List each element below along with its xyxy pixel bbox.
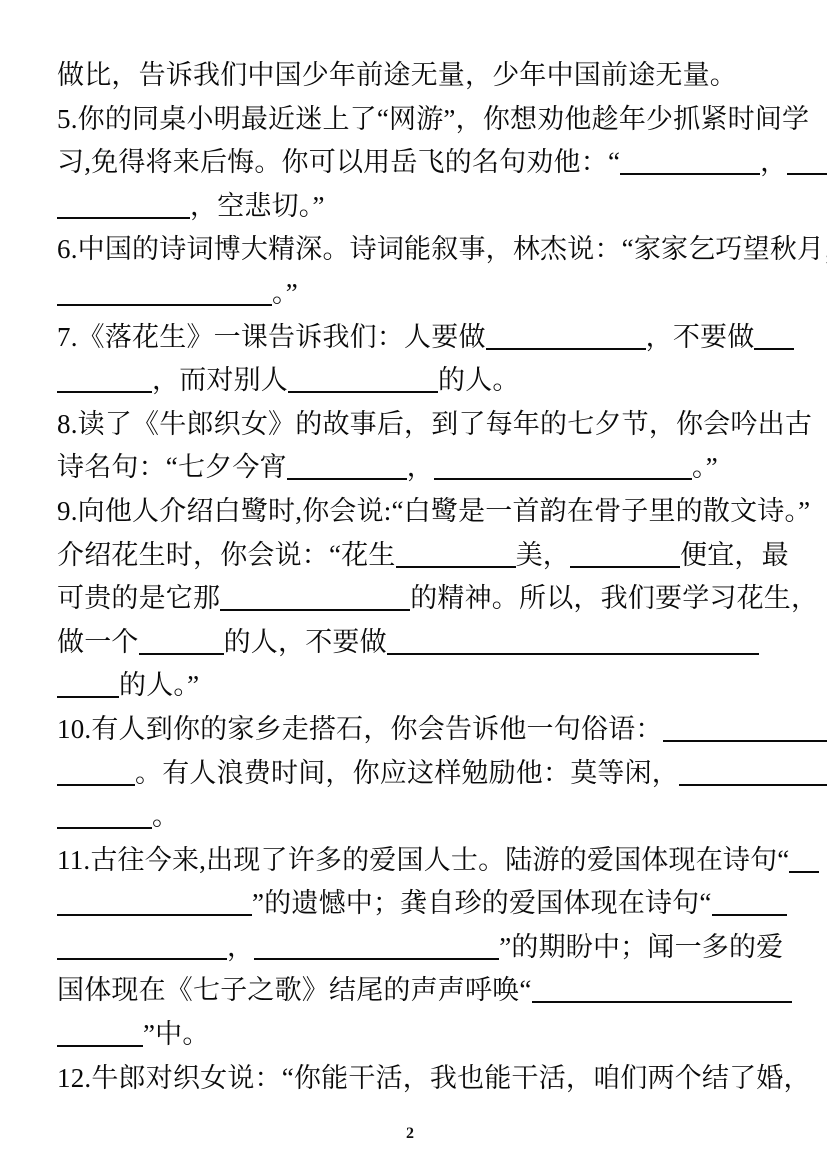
text-line: 5.你的同桌小明最近迷上了“网游”，你想劝他趁年少抓紧时间学	[57, 98, 773, 142]
fill-in-blank	[620, 171, 760, 175]
fill-in-blank	[57, 302, 272, 306]
worksheet-body: 做比，告诉我们中国少年前途无量，少年中国前途无量。5.你的同桌小明最近迷上了“网…	[57, 54, 773, 1100]
text-line: 诗名句：“七夕今宵，。”	[57, 446, 773, 490]
text-segment: 10.有人到你的家乡走搭石，你会告诉他一句俗语：	[57, 714, 663, 744]
text-segment: 介绍花生时，你会说：“花生	[57, 540, 396, 570]
text-segment: ，	[760, 147, 787, 177]
text-line: 做一个的人，不要做	[57, 621, 773, 665]
text-line: 做比，告诉我们中国少年前途无量，少年中国前途无量。	[57, 54, 773, 98]
fill-in-blank	[663, 738, 827, 742]
text-segment: 。有人浪费时间，你应这样勉励他：莫等闲，	[135, 758, 679, 788]
fill-in-blank	[679, 782, 827, 786]
text-line: 的人。”	[57, 664, 773, 708]
text-segment: ，而对别人	[152, 365, 288, 395]
text-segment: ，不要做	[646, 322, 755, 352]
text-line: 习,免得将来后悔。你可以用岳飞的名句劝他：“，	[57, 141, 773, 185]
text-line: 。	[57, 795, 773, 839]
text-segment: 便宜，最	[680, 540, 789, 570]
text-line: ”的遗憾中；龚自珍的爱国体现在诗句“	[57, 882, 773, 926]
text-segment: ”的遗憾中；龚自珍的爱国体现在诗句“	[252, 888, 712, 918]
text-segment: 7.《落花生》一课告诉我们：人要做	[57, 322, 486, 352]
text-line: ，而对别人的人。	[57, 359, 773, 403]
text-segment: 11.古往今来,出现了许多的爱国人士。陆游的爱国体现在诗句“	[57, 845, 789, 875]
text-segment: 。”	[272, 278, 298, 308]
text-segment: 做一个	[57, 627, 139, 657]
text-segment: 习,免得将来后悔。你可以用岳飞的名句劝他：“	[57, 147, 620, 177]
text-line: 12.牛郎对织女说：“你能干活，我也能干活，咱们两个结了婚，	[57, 1057, 773, 1101]
text-line: 国体现在《七子之歌》结尾的声声呼唤“	[57, 969, 773, 1013]
fill-in-blank	[287, 476, 407, 480]
text-line: 7.《落花生》一课告诉我们：人要做，不要做	[57, 316, 773, 360]
fill-in-blank	[57, 912, 252, 916]
fill-in-blank	[57, 956, 227, 960]
fill-in-blank	[387, 651, 759, 655]
text-segment: 。”	[692, 452, 718, 482]
fill-in-blank	[754, 346, 794, 350]
text-segment: 8.读了《牛郎织女》的故事后，到了每年的七夕节，你会吟出古	[57, 409, 812, 439]
text-line: ，”的期盼中；闻一多的爱	[57, 926, 773, 970]
text-segment: 的精神。所以，我们要学习花生，	[410, 583, 818, 613]
fill-in-blank	[288, 389, 438, 393]
text-line: 11.古往今来,出现了许多的爱国人士。陆游的爱国体现在诗句“	[57, 839, 773, 883]
text-line: 介绍花生时，你会说：“花生美，便宜，最	[57, 534, 773, 578]
fill-in-blank	[57, 215, 190, 219]
text-segment: 美，	[516, 540, 570, 570]
fill-in-blank	[220, 607, 410, 611]
text-segment: ，	[227, 932, 254, 962]
text-segment: ”的期盼中；闻一多的爱	[499, 932, 783, 962]
text-segment: 做比，告诉我们中国少年前途无量，少年中国前途无量。	[57, 60, 737, 90]
text-segment: 5.你的同桌小明最近迷上了“网游”，你想劝他趁年少抓紧时间学	[57, 104, 809, 134]
text-segment: 6.中国的诗词博大精深。诗词能叙事，林杰说：“家家乞巧望秋月，	[57, 234, 827, 264]
text-line: ，空悲切。”	[57, 185, 773, 229]
fill-in-blank	[57, 1043, 143, 1047]
fill-in-blank	[57, 694, 119, 698]
fill-in-blank	[787, 171, 827, 175]
text-segment: 9.向他人介绍白鹭时,你会说:“白鹭是一首韵在骨子里的散文诗。”	[57, 496, 810, 526]
fill-in-blank	[570, 564, 680, 568]
fill-in-blank	[712, 912, 787, 916]
text-segment: 。	[152, 801, 179, 831]
fill-in-blank	[396, 564, 516, 568]
fill-in-blank	[486, 346, 646, 350]
text-segment: 的人，不要做	[224, 627, 387, 657]
text-segment: 诗名句：“七夕今宵	[57, 452, 287, 482]
text-line: 8.读了《牛郎织女》的故事后，到了每年的七夕节，你会吟出古	[57, 403, 773, 447]
fill-in-blank	[57, 389, 152, 393]
text-segment: 的人。”	[119, 670, 199, 700]
text-segment: 可贵的是它那	[57, 583, 220, 613]
text-line: 可贵的是它那的精神。所以，我们要学习花生，	[57, 577, 773, 621]
text-segment: ”中。	[143, 1019, 210, 1049]
text-segment: 的人。	[438, 365, 520, 395]
page-number: 2	[0, 1125, 820, 1143]
fill-in-blank	[254, 956, 499, 960]
text-segment: ，	[407, 452, 434, 482]
fill-in-blank	[434, 476, 692, 480]
fill-in-blank	[532, 999, 792, 1003]
text-segment: 国体现在《七子之歌》结尾的声声呼唤“	[57, 975, 532, 1005]
text-segment: 12.牛郎对织女说：“你能干活，我也能干活，咱们两个结了婚，	[57, 1063, 811, 1093]
text-line: 6.中国的诗词博大精深。诗词能叙事，林杰说：“家家乞巧望秋月，	[57, 228, 773, 272]
text-line: 。有人浪费时间，你应这样勉励他：莫等闲，，	[57, 752, 773, 796]
text-line: 。”	[57, 272, 773, 316]
text-line: 9.向他人介绍白鹭时,你会说:“白鹭是一首韵在骨子里的散文诗。”	[57, 490, 773, 534]
fill-in-blank	[57, 782, 135, 786]
text-line: ”中。	[57, 1013, 773, 1057]
text-segment: ，空悲切。”	[190, 191, 325, 221]
text-line: 10.有人到你的家乡走搭石，你会告诉他一句俗语：	[57, 708, 773, 752]
worksheet-page: 做比，告诉我们中国少年前途无量，少年中国前途无量。5.你的同桌小明最近迷上了“网…	[0, 0, 827, 1169]
fill-in-blank	[139, 651, 224, 655]
fill-in-blank	[789, 869, 819, 873]
fill-in-blank	[57, 825, 152, 829]
